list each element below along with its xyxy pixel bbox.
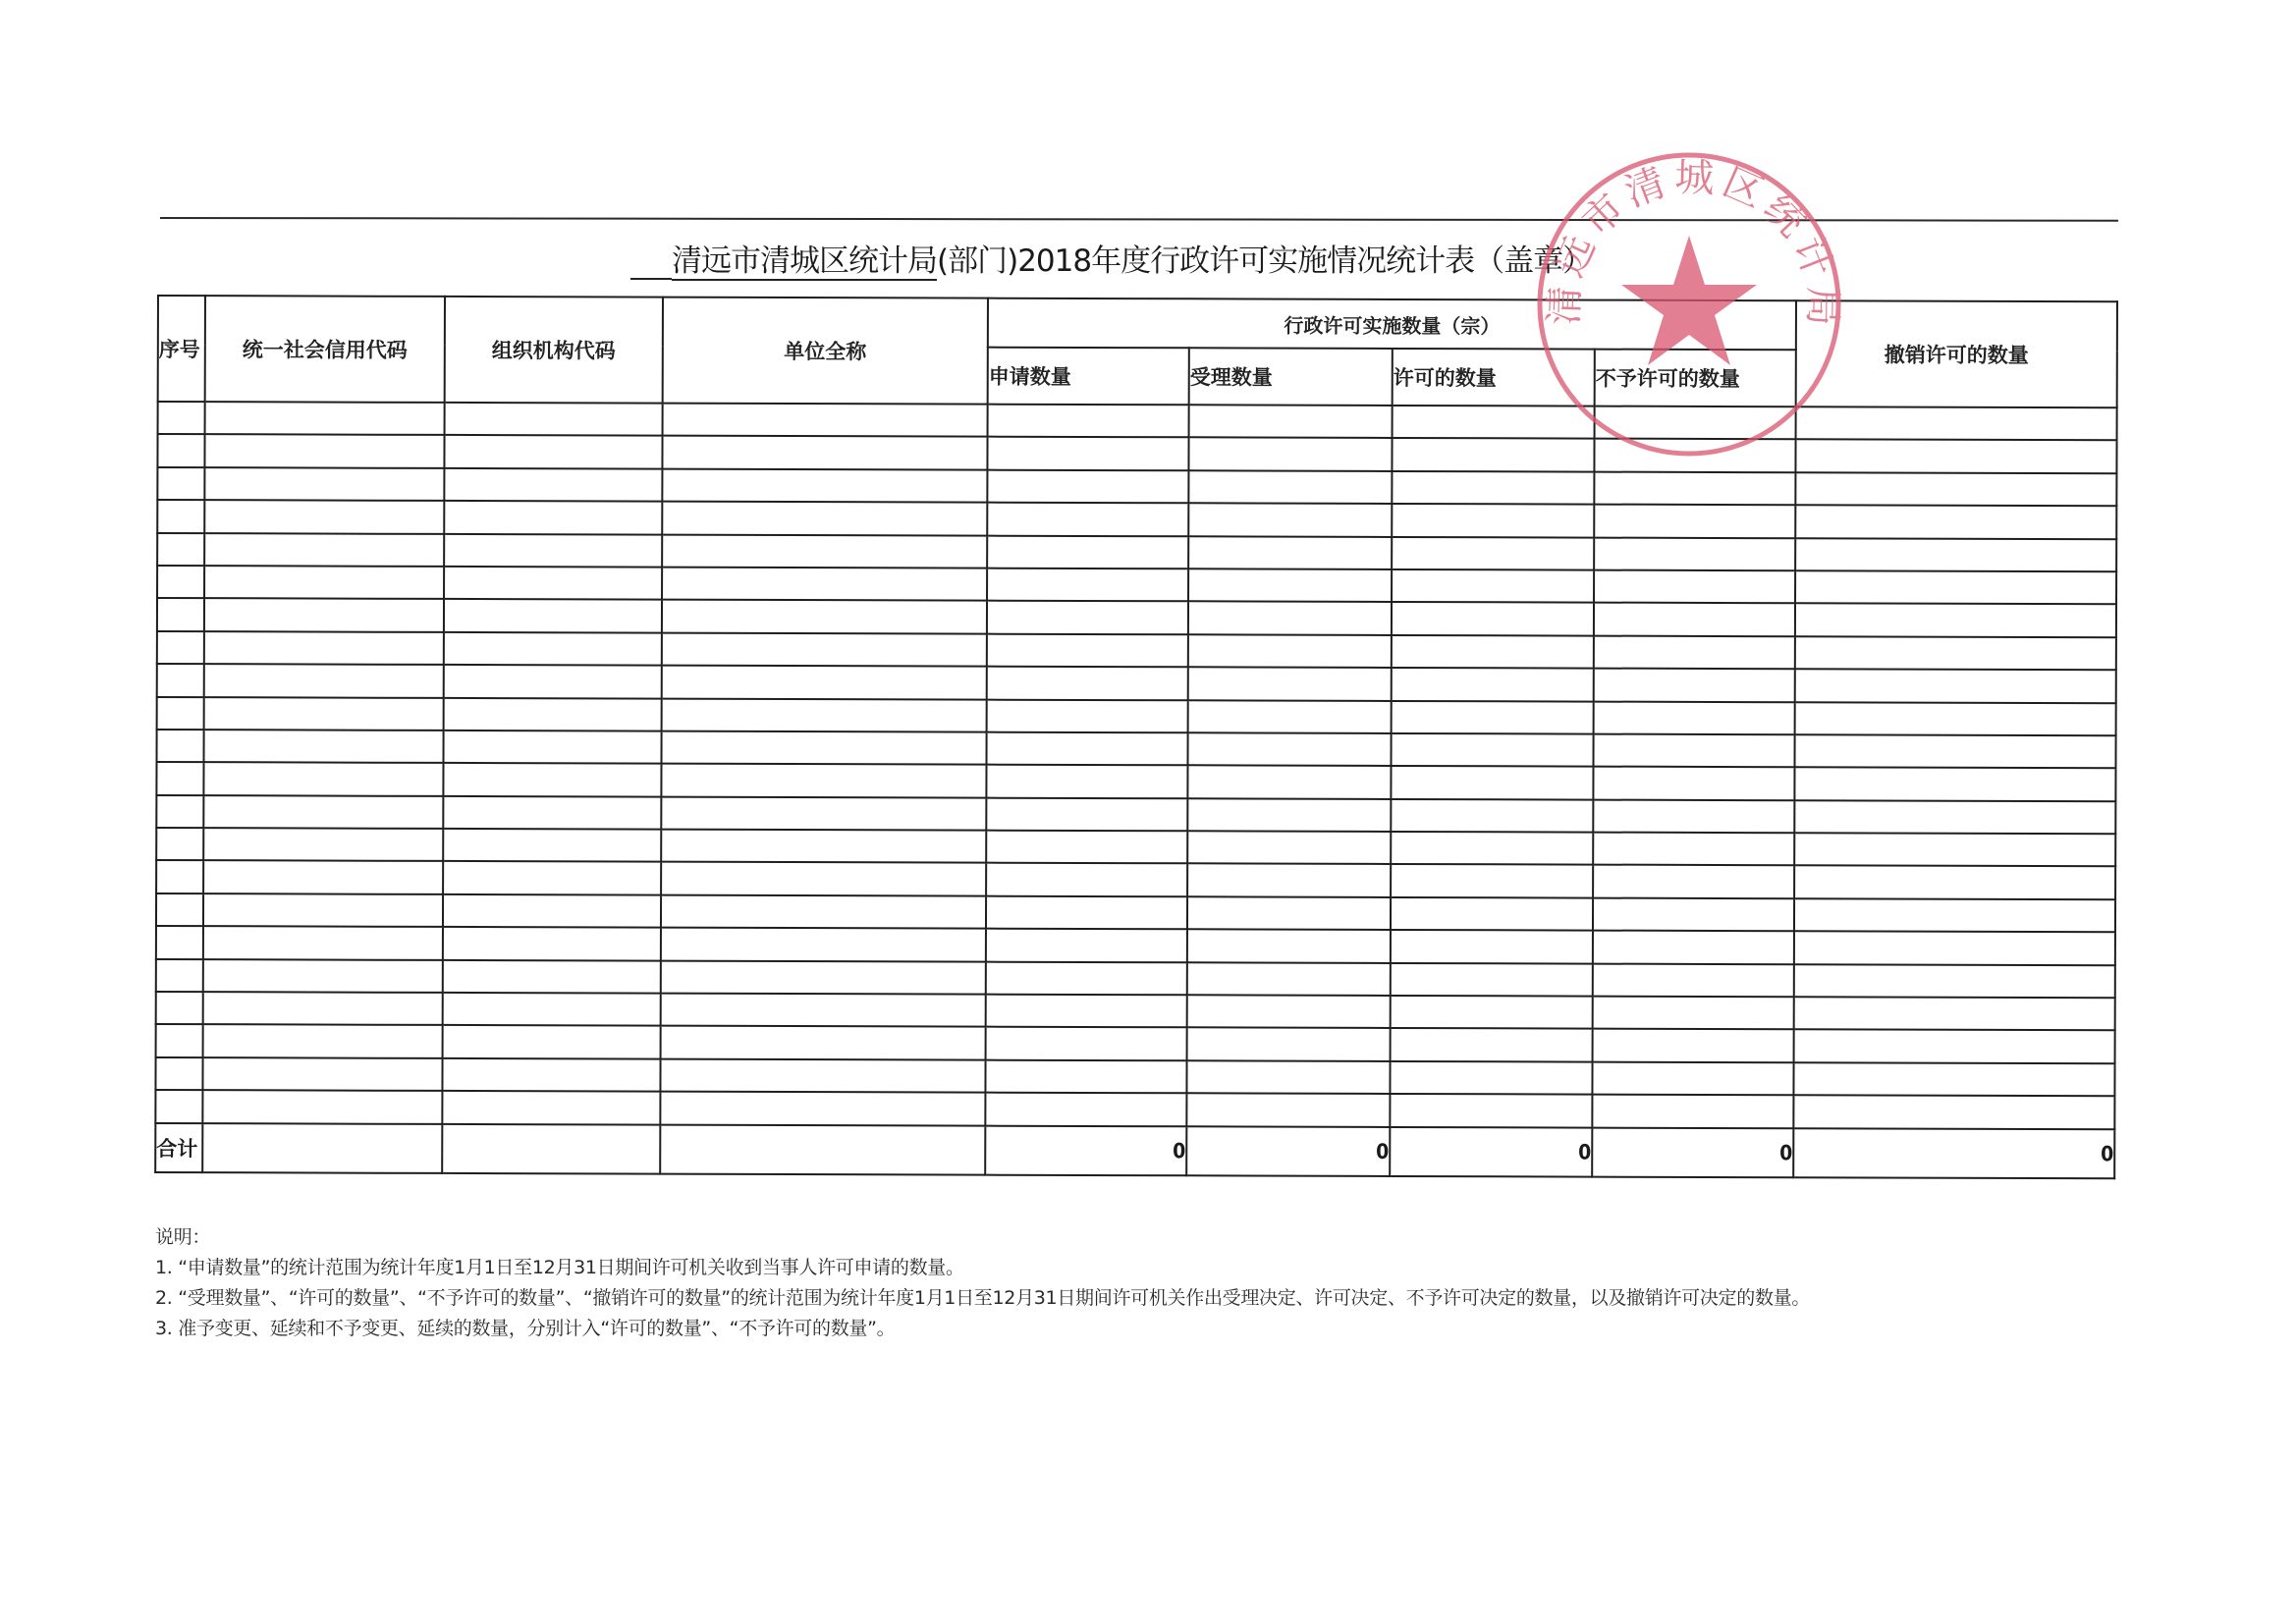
- total-revoked: 0: [1793, 1128, 2114, 1178]
- cell-revoked[interactable]: [1794, 768, 2115, 801]
- cell-credit-code[interactable]: [204, 730, 444, 763]
- cell-credit-code[interactable]: [204, 566, 444, 599]
- cell-seq[interactable]: [157, 730, 204, 763]
- cell-denied[interactable]: [1593, 897, 1794, 931]
- cell-credit-code[interactable]: [204, 435, 444, 468]
- cell-applied[interactable]: [986, 961, 1187, 995]
- cell-credit-code[interactable]: [204, 467, 444, 501]
- cell-accepted[interactable]: [1188, 503, 1392, 536]
- cell-accepted[interactable]: [1188, 568, 1392, 602]
- cell-seq[interactable]: [156, 828, 203, 861]
- cell-permitted[interactable]: [1391, 864, 1593, 897]
- cell-org-code[interactable]: [443, 796, 661, 830]
- total-accepted: 0: [1186, 1126, 1390, 1176]
- cell-permitted[interactable]: [1392, 471, 1594, 505]
- cell-seq[interactable]: [158, 402, 205, 435]
- header-applied: 申请数量: [988, 348, 1189, 406]
- cell-accepted[interactable]: [1187, 995, 1391, 1028]
- cell-applied[interactable]: [986, 1027, 1187, 1060]
- cell-accepted[interactable]: [1188, 667, 1392, 700]
- cell-permitted[interactable]: [1391, 897, 1593, 931]
- cell-org-code[interactable]: [443, 993, 661, 1026]
- header-permitted: 许可的数量: [1393, 349, 1595, 406]
- cell-unit-name[interactable]: [661, 928, 986, 961]
- cell-org-code[interactable]: [444, 730, 662, 764]
- cell-unit-name[interactable]: [662, 534, 987, 568]
- cell-seq[interactable]: [156, 893, 203, 927]
- header-credit-code: 统一社会信用代码: [205, 296, 445, 403]
- cell-denied[interactable]: [1593, 833, 1794, 866]
- cell-denied[interactable]: [1595, 406, 1796, 440]
- total-permitted: 0: [1390, 1127, 1592, 1177]
- cell-applied[interactable]: [986, 732, 1187, 766]
- cell-permitted[interactable]: [1391, 799, 1593, 833]
- cell-seq[interactable]: [156, 992, 203, 1025]
- cell-permitted[interactable]: [1392, 569, 1594, 603]
- cell-revoked[interactable]: [1795, 702, 2116, 735]
- cell-org-code[interactable]: [442, 1091, 660, 1124]
- cell-permitted[interactable]: [1391, 733, 1593, 767]
- cell-accepted[interactable]: [1187, 930, 1391, 963]
- cell-unit-name[interactable]: [661, 830, 986, 863]
- cell-applied[interactable]: [986, 929, 1187, 962]
- cell-credit-code[interactable]: [203, 1025, 443, 1058]
- cell-accepted[interactable]: [1186, 1060, 1390, 1094]
- cell-unit-name[interactable]: [662, 468, 987, 502]
- note-item-3: 3. 准予变更、延续和不予变更、延续的数量，分别计入“许可的数量”、“不予许可的…: [155, 1314, 2129, 1344]
- cell-applied[interactable]: [987, 699, 1188, 732]
- note-item-2: 2. “受理数量”、“许可的数量”、“不予许可的数量”、“撤销许可的数量”的统计…: [155, 1283, 2129, 1314]
- cell-accepted[interactable]: [1187, 896, 1391, 930]
- cell-seq[interactable]: [156, 762, 203, 795]
- cell-revoked[interactable]: [1794, 997, 2115, 1030]
- cell-org-code[interactable]: [443, 1025, 661, 1058]
- cell-org-code[interactable]: [444, 501, 662, 534]
- cell-denied[interactable]: [1593, 997, 1794, 1030]
- cell-credit-code[interactable]: [202, 1090, 442, 1123]
- total-label: 合计: [155, 1123, 202, 1172]
- cell-permitted[interactable]: [1392, 668, 1594, 701]
- cell-permitted[interactable]: [1393, 406, 1595, 439]
- cell-unit-name[interactable]: [662, 600, 987, 633]
- cell-seq[interactable]: [156, 926, 203, 959]
- page-title: 清远市清城区统计局(部门)2018年度行政许可实施情况统计表（盖章）: [630, 236, 1592, 279]
- cell-denied[interactable]: [1593, 963, 1794, 997]
- cell-accepted[interactable]: [1187, 962, 1391, 996]
- header-accepted: 受理数量: [1189, 348, 1393, 406]
- cell-revoked[interactable]: [1795, 440, 2116, 473]
- cell-revoked[interactable]: [1794, 800, 2115, 834]
- cell-applied[interactable]: [987, 667, 1188, 700]
- cell-unit-name[interactable]: [661, 960, 986, 994]
- cell-permitted[interactable]: [1390, 1061, 1592, 1095]
- cell-accepted[interactable]: [1188, 438, 1392, 471]
- cell-seq[interactable]: [157, 500, 204, 533]
- cell-applied[interactable]: [986, 995, 1187, 1028]
- cell-revoked[interactable]: [1794, 931, 2115, 964]
- cell-permitted[interactable]: [1391, 963, 1593, 997]
- cell-credit-code[interactable]: [204, 631, 444, 665]
- title-unit-name: 清远市清城区统计局: [672, 243, 937, 281]
- cell-org-code[interactable]: [444, 435, 662, 468]
- cell-revoked[interactable]: [1794, 866, 2115, 899]
- cell-accepted[interactable]: [1187, 732, 1391, 766]
- permit-statistics-table: 序号 统一社会信用代码 组织机构代码 单位全称 行政许可实施数量（宗） 撤销许可…: [154, 295, 2118, 1179]
- total-row: 合计 0 0 0 0 0: [155, 1123, 2114, 1178]
- header-org-code: 组织机构代码: [445, 297, 663, 404]
- cell-revoked[interactable]: [1793, 1095, 2114, 1128]
- cell-denied[interactable]: [1594, 471, 1795, 505]
- cell-permitted[interactable]: [1392, 602, 1594, 635]
- cell-seq[interactable]: [157, 533, 204, 567]
- cell-permitted[interactable]: [1390, 1094, 1592, 1127]
- cell-accepted[interactable]: [1187, 864, 1391, 897]
- cell-unit-name[interactable]: [662, 568, 987, 601]
- cell-applied[interactable]: [986, 831, 1187, 864]
- total-applied: 0: [985, 1125, 1186, 1175]
- cell-permitted[interactable]: [1392, 504, 1594, 537]
- cell-credit-code[interactable]: [203, 893, 443, 927]
- cell-denied[interactable]: [1594, 701, 1795, 734]
- cell-org-code[interactable]: [444, 567, 662, 600]
- cell-org-code[interactable]: [444, 468, 662, 502]
- cell-org-code[interactable]: [443, 829, 661, 862]
- cell-accepted[interactable]: [1188, 470, 1392, 504]
- cell-org-code[interactable]: [443, 894, 661, 928]
- cell-permitted[interactable]: [1391, 766, 1593, 799]
- cell-accepted[interactable]: [1187, 798, 1391, 832]
- cell-unit-name[interactable]: [662, 436, 987, 469]
- cell-permitted[interactable]: [1392, 438, 1594, 471]
- cell-denied[interactable]: [1592, 1095, 1793, 1128]
- cell-unit-name[interactable]: [663, 404, 988, 437]
- cell-applied[interactable]: [987, 503, 1188, 536]
- cell-unit-name[interactable]: [662, 698, 987, 731]
- total-org-code-cell[interactable]: [442, 1124, 660, 1174]
- cell-revoked[interactable]: [1794, 1030, 2115, 1063]
- cell-denied[interactable]: [1593, 1029, 1794, 1062]
- cell-revoked[interactable]: [1796, 406, 2117, 440]
- cell-revoked[interactable]: [1795, 604, 2116, 637]
- cell-applied[interactable]: [987, 601, 1188, 634]
- cell-org-code[interactable]: [444, 697, 662, 730]
- cell-denied[interactable]: [1593, 799, 1794, 833]
- cell-applied[interactable]: [988, 405, 1189, 438]
- cell-seq[interactable]: [157, 697, 204, 730]
- cell-seq[interactable]: [157, 598, 204, 631]
- title-blank-line: [630, 241, 672, 280]
- cell-applied[interactable]: [985, 1093, 1186, 1126]
- cell-revoked[interactable]: [1794, 734, 2115, 768]
- cell-applied[interactable]: [986, 765, 1187, 798]
- cell-unit-name[interactable]: [661, 862, 986, 895]
- cell-permitted[interactable]: [1391, 832, 1593, 865]
- notes-section: 说明： 1. “申请数量”的统计范围为统计年度1月1日至12月31日期间许可机关…: [155, 1222, 2129, 1344]
- cell-permitted[interactable]: [1392, 635, 1594, 669]
- header-revoked: 撤销许可的数量: [1796, 300, 2117, 407]
- cell-accepted[interactable]: [1188, 634, 1392, 668]
- cell-org-code[interactable]: [444, 533, 662, 567]
- cell-org-code[interactable]: [443, 960, 661, 994]
- header-permit-group: 行政许可实施数量（宗）: [988, 298, 1796, 351]
- cell-denied[interactable]: [1592, 1061, 1793, 1095]
- cell-unit-name[interactable]: [662, 502, 987, 535]
- note-item-1: 1. “申请数量”的统计范围为统计年度1月1日至12月31日期间许可机关收到当事…: [155, 1253, 2129, 1283]
- cell-revoked[interactable]: [1795, 570, 2116, 604]
- cell-unit-name[interactable]: [662, 731, 987, 765]
- cell-unit-name[interactable]: [660, 1058, 985, 1092]
- cell-accepted[interactable]: [1188, 536, 1392, 569]
- total-credit-code-cell[interactable]: [202, 1123, 442, 1173]
- cell-credit-code[interactable]: [203, 992, 443, 1025]
- cell-seq[interactable]: [157, 566, 204, 599]
- cell-denied[interactable]: [1593, 865, 1794, 898]
- cell-credit-code[interactable]: [202, 1057, 442, 1091]
- cell-permitted[interactable]: [1391, 996, 1593, 1029]
- cell-seq[interactable]: [156, 860, 203, 893]
- cell-seq[interactable]: [157, 434, 204, 467]
- cell-credit-code[interactable]: [203, 795, 443, 829]
- cell-seq[interactable]: [156, 959, 203, 993]
- cell-credit-code[interactable]: [203, 828, 443, 861]
- cell-denied[interactable]: [1594, 570, 1795, 604]
- cell-denied[interactable]: [1593, 734, 1794, 768]
- cell-seq[interactable]: [157, 631, 204, 665]
- top-rule: [160, 217, 2118, 222]
- cell-denied[interactable]: [1594, 505, 1795, 538]
- cell-unit-name[interactable]: [661, 994, 986, 1027]
- cell-applied[interactable]: [987, 568, 1188, 602]
- cell-revoked[interactable]: [1793, 1062, 2114, 1096]
- cell-denied[interactable]: [1593, 931, 1794, 964]
- header-unit-name: 单位全称: [663, 298, 988, 405]
- cell-revoked[interactable]: [1794, 833, 2115, 866]
- cell-revoked[interactable]: [1795, 636, 2116, 670]
- cell-unit-name[interactable]: [661, 1026, 986, 1059]
- cell-permitted[interactable]: [1391, 930, 1593, 963]
- cell-applied[interactable]: [986, 896, 1187, 930]
- cell-credit-code[interactable]: [203, 959, 443, 993]
- cell-org-code[interactable]: [443, 861, 661, 894]
- cell-org-code[interactable]: [442, 1058, 660, 1092]
- cell-org-code[interactable]: [444, 599, 662, 632]
- cell-denied[interactable]: [1594, 439, 1795, 472]
- cell-permitted[interactable]: [1392, 700, 1594, 733]
- cell-denied[interactable]: [1593, 767, 1794, 800]
- cell-org-code[interactable]: [444, 632, 662, 666]
- total-denied: 0: [1592, 1127, 1793, 1177]
- cell-applied[interactable]: [986, 797, 1187, 831]
- cell-accepted[interactable]: [1187, 766, 1391, 799]
- cell-org-code[interactable]: [445, 403, 663, 436]
- cell-applied[interactable]: [987, 469, 1188, 503]
- cell-seq[interactable]: [157, 467, 204, 501]
- cell-accepted[interactable]: [1187, 831, 1391, 864]
- cell-accepted[interactable]: [1187, 1028, 1391, 1061]
- cell-unit-name[interactable]: [661, 764, 986, 797]
- cell-revoked[interactable]: [1795, 505, 2116, 538]
- cell-revoked[interactable]: [1795, 669, 2116, 702]
- cell-credit-code[interactable]: [203, 926, 443, 959]
- cell-revoked[interactable]: [1794, 964, 2115, 998]
- cell-applied[interactable]: [986, 863, 1187, 896]
- cell-accepted[interactable]: [1189, 405, 1393, 438]
- title-text: (部门)2018年度行政许可实施情况统计表（盖章）: [937, 243, 1592, 279]
- cell-revoked[interactable]: [1794, 898, 2115, 932]
- cell-org-code[interactable]: [443, 763, 661, 796]
- cell-credit-code[interactable]: [204, 533, 444, 567]
- cell-applied[interactable]: [987, 633, 1188, 667]
- cell-denied[interactable]: [1594, 603, 1795, 636]
- cell-org-code[interactable]: [444, 665, 662, 698]
- cell-seq[interactable]: [155, 1057, 202, 1091]
- cell-accepted[interactable]: [1188, 602, 1392, 635]
- cell-permitted[interactable]: [1392, 537, 1594, 570]
- total-unit-name-cell[interactable]: [660, 1124, 985, 1174]
- cell-applied[interactable]: [987, 437, 1188, 470]
- table-body: [155, 402, 2116, 1129]
- cell-credit-code[interactable]: [204, 664, 444, 697]
- cell-org-code[interactable]: [443, 927, 661, 960]
- cell-seq[interactable]: [156, 1024, 203, 1057]
- cell-seq[interactable]: [157, 664, 204, 697]
- header-denied: 不予许可的数量: [1595, 350, 1796, 407]
- cell-unit-name[interactable]: [661, 796, 986, 830]
- cell-revoked[interactable]: [1795, 538, 2116, 571]
- cell-unit-name[interactable]: [660, 1092, 985, 1125]
- cell-applied[interactable]: [985, 1059, 1186, 1093]
- cell-credit-code[interactable]: [205, 402, 445, 435]
- cell-credit-code[interactable]: [204, 598, 444, 631]
- cell-permitted[interactable]: [1391, 1028, 1593, 1061]
- cell-seq[interactable]: [155, 1090, 202, 1123]
- cell-accepted[interactable]: [1186, 1094, 1390, 1127]
- cell-credit-code[interactable]: [203, 861, 443, 894]
- cell-denied[interactable]: [1594, 635, 1795, 669]
- cell-unit-name[interactable]: [662, 666, 987, 699]
- cell-accepted[interactable]: [1188, 700, 1392, 733]
- notes-heading: 说明：: [155, 1222, 2129, 1253]
- cell-applied[interactable]: [987, 535, 1188, 568]
- cell-unit-name[interactable]: [661, 894, 986, 928]
- cell-credit-code[interactable]: [203, 762, 443, 795]
- cell-credit-code[interactable]: [204, 500, 444, 533]
- cell-credit-code[interactable]: [204, 697, 444, 730]
- cell-denied[interactable]: [1594, 669, 1795, 702]
- cell-revoked[interactable]: [1795, 472, 2116, 506]
- cell-unit-name[interactable]: [662, 632, 987, 666]
- header-seq: 序号: [158, 296, 205, 402]
- cell-seq[interactable]: [156, 795, 203, 829]
- cell-denied[interactable]: [1594, 537, 1795, 570]
